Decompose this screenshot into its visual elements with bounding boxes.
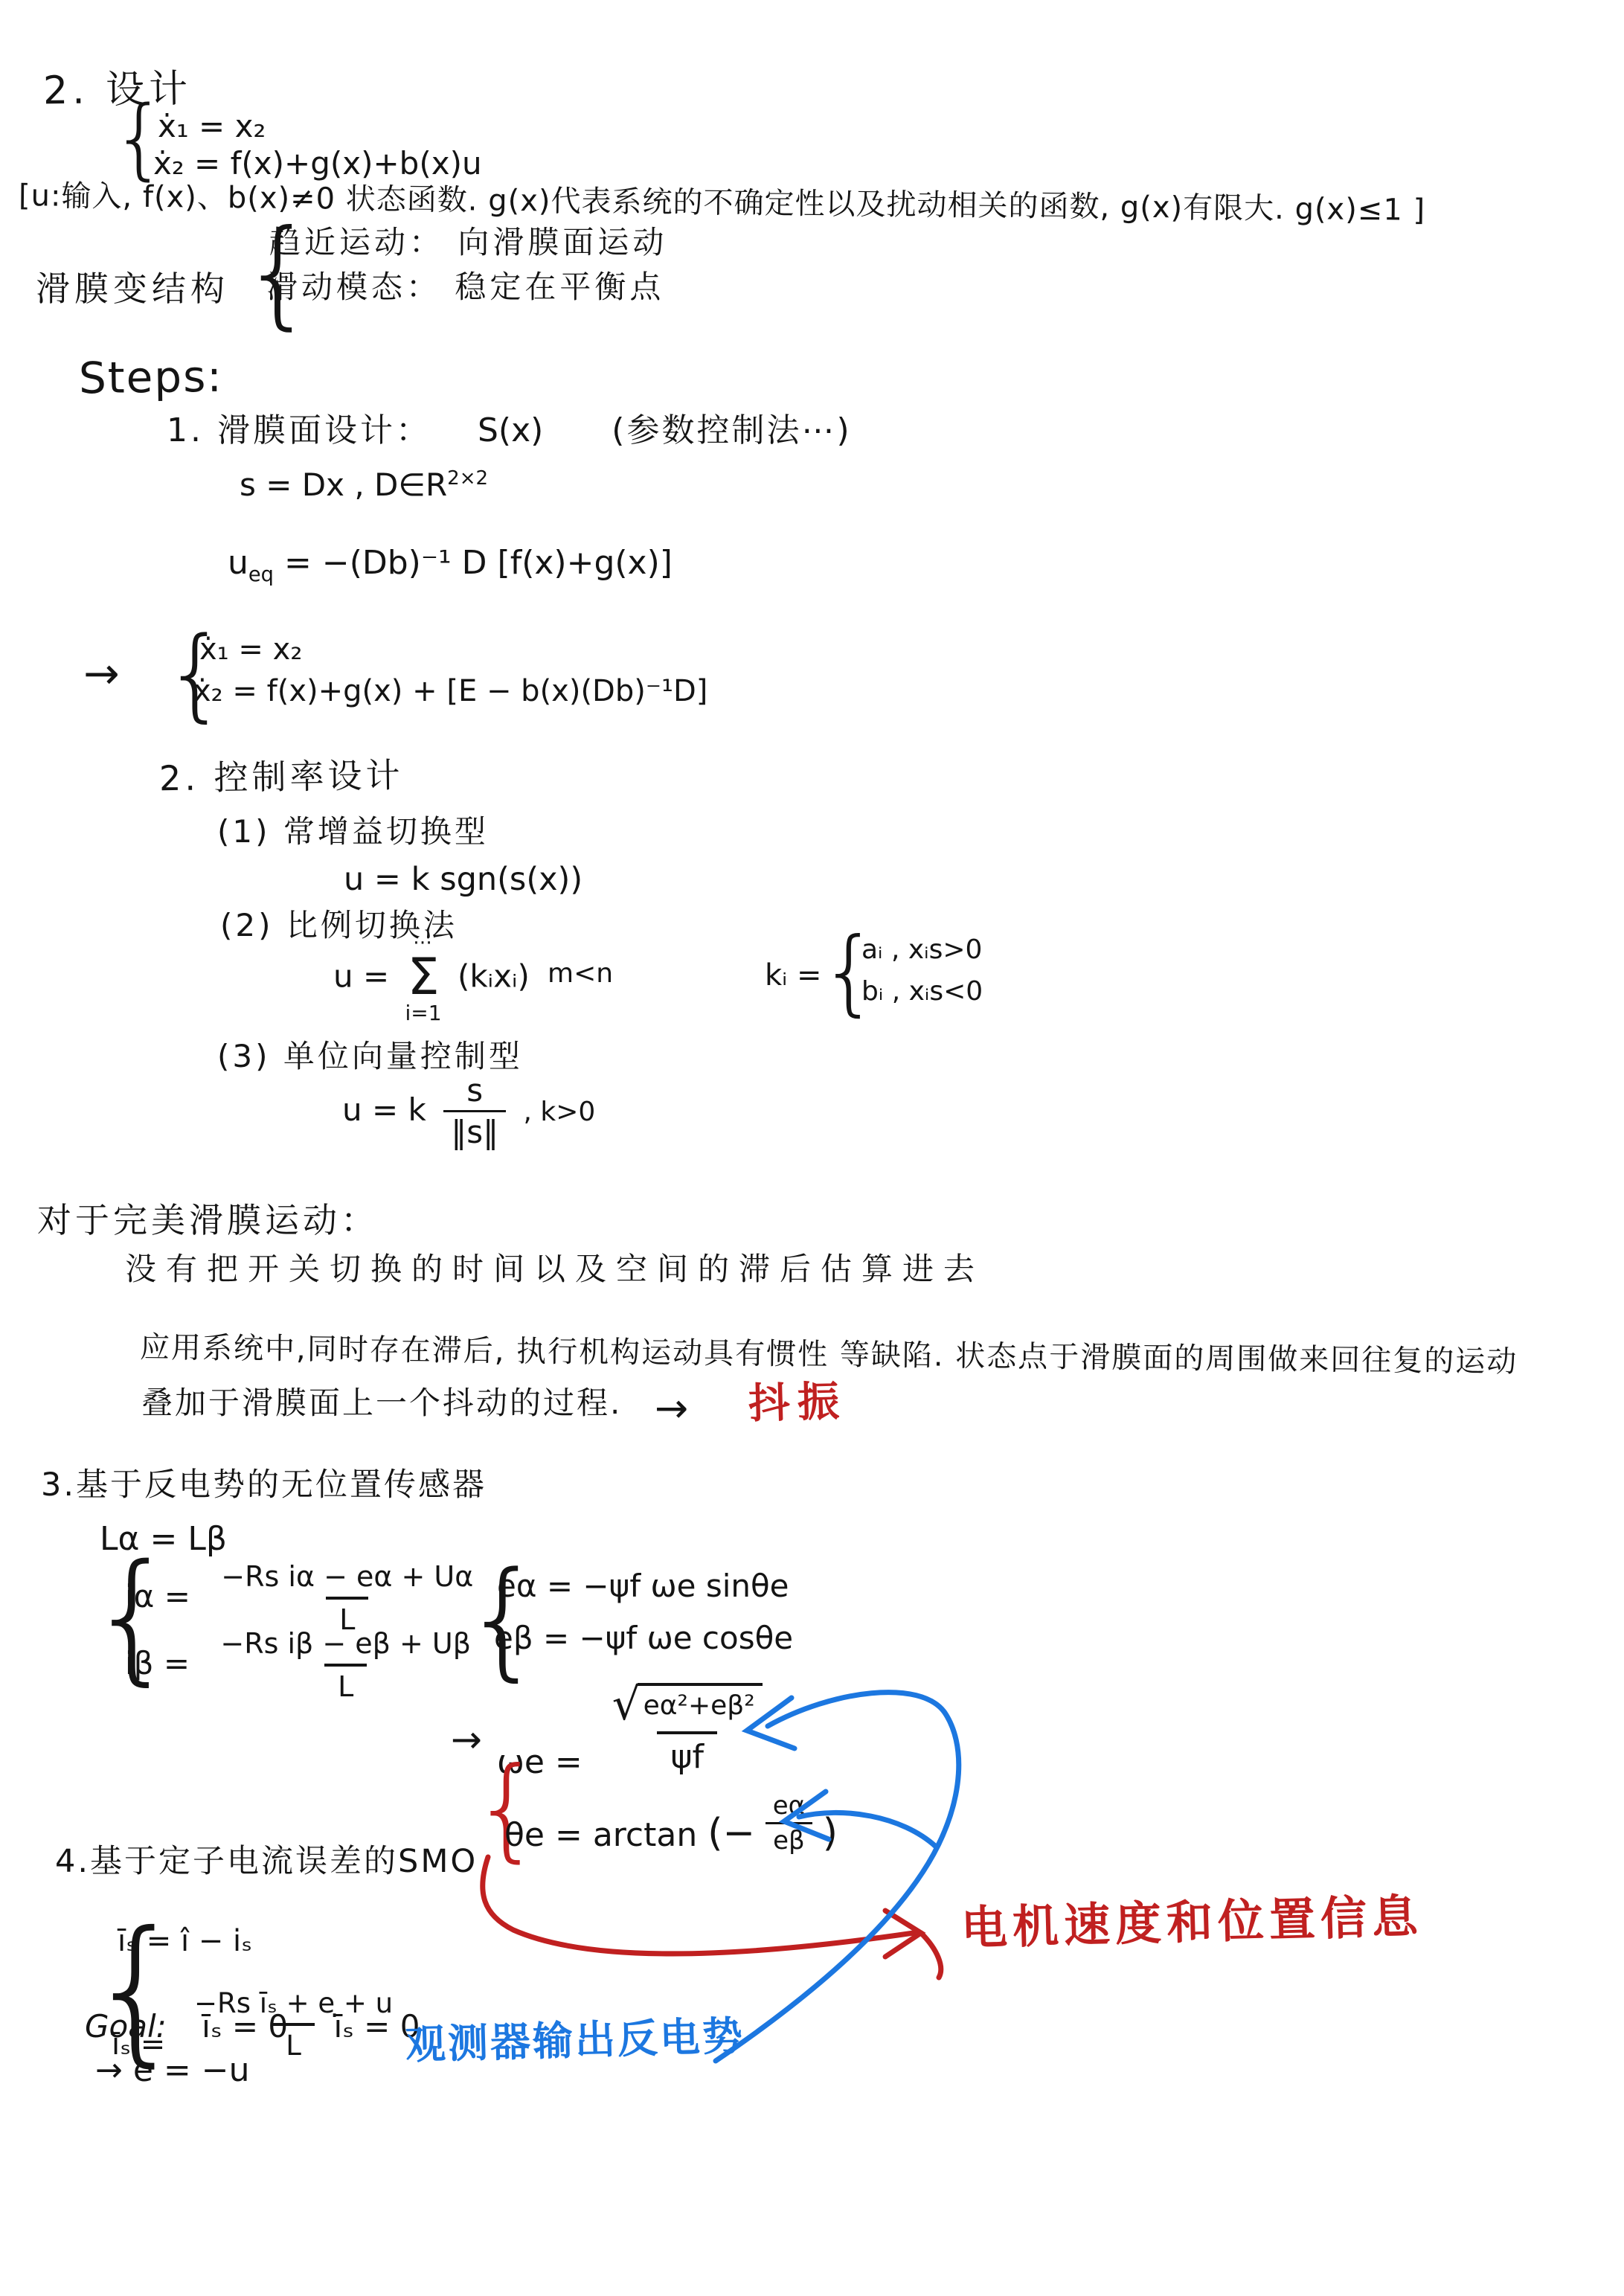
chattering-title: 对于完美滑膜运动： [37, 1201, 379, 1240]
sum-lower: i=1 [405, 1003, 442, 1024]
step2-label: 2. 控制率设计 [159, 756, 404, 798]
step1-label: 1. 滑膜面设计： [167, 411, 431, 449]
speed-num-root: √eα²+eβ² [602, 1683, 773, 1731]
angle-open-paren: (− [707, 1811, 755, 1856]
speed-num: eα²+eβ² [638, 1683, 763, 1721]
notebook-page: { "colors": {"ink":"#141414","red":"#c02… [0, 0, 1624, 2296]
design-note: [u:输入, f(x)、b(x)≠0 状态函数. g(x)代表系统的不确定性以及… [19, 179, 1426, 228]
angle-close-paren: ) [823, 1811, 838, 1856]
structure-branch-reaching: 趋近运动： 向滑膜面运动 [269, 225, 667, 260]
bemf-ib-equation: i̇β = −Rs iβ − eβ + Uβ L [125, 1628, 481, 1703]
angle-equation: θe = arctan (− eα eβ ) [504, 1792, 838, 1856]
method3-den: ‖s‖ [443, 1110, 506, 1150]
sum-sigma: Σ [408, 952, 440, 1003]
ib-fraction: −Rs iβ − eβ + Uβ L [210, 1628, 481, 1703]
angle-fraction: eα eβ [766, 1792, 812, 1856]
goal-label: Goal: [85, 2008, 167, 2045]
surface-equation-base: s = Dx , D∈R [240, 466, 447, 503]
angle-lhs: θe = arctan [504, 1816, 697, 1854]
smo-goal-line: Goal: īₛ = 0 ī̇ₛ = 0 [85, 2009, 420, 2045]
method1-label: (1) 常增益切换型 [217, 814, 489, 850]
angle-num: eα [767, 1792, 811, 1822]
structure-branch-sliding: 滑动模态： 稳定在平衡点 [266, 269, 664, 305]
ki-case2: bᵢ , xᵢs<0 [861, 976, 983, 1007]
ib-den: L [324, 1664, 367, 1704]
speed-den: ψf [657, 1731, 717, 1777]
ia-lhs: i̇α = [125, 1578, 190, 1614]
reduced-eq1: ẋ₁ = x₂ [199, 632, 302, 667]
chattering-term: 抖振 [748, 1378, 847, 1428]
red-arrow-curve [483, 1857, 941, 1978]
ia-num: −Rs iα − eα + Uα [211, 1561, 484, 1597]
chattering-line1: 没有把开关切换的时间以及空间的滞后估算进去 [125, 1251, 984, 1287]
emf-alpha-equation: eα = −ψf ωe sinθe [497, 1568, 789, 1604]
reduced-arrow: → [83, 649, 120, 699]
structure-label: 滑膜变结构 [36, 269, 229, 309]
steps-heading: Steps: [79, 352, 224, 403]
surface-equation-sup: 2×2 [447, 467, 488, 490]
method3-label: (3) 单位向量控制型 [217, 1039, 523, 1074]
ueq-equation: ueq = −(Db)⁻¹ D [f(x)+g(x)] [228, 545, 673, 586]
reduced-eq2: ẋ₂ = f(x)+g(x) + [E − b(x)(Db)⁻¹D] [193, 674, 707, 708]
method3-fraction: s ‖s‖ [443, 1073, 506, 1151]
smo-eq1: īₛ = î − iₛ [118, 1924, 252, 1958]
method2-rhs: (kᵢxᵢ) [458, 958, 530, 995]
radical-sign: √ [612, 1683, 641, 1727]
ib-num: −Rs iβ − eβ + Uβ [210, 1628, 481, 1664]
angle-den: eβ [766, 1822, 812, 1856]
step1-aside: (参数控制法⋯) [612, 411, 851, 449]
step1-line: 1. 滑膜面设计： S(x) (参数控制法⋯) [167, 412, 852, 450]
design-eq2: ẋ₂ = f(x)+g(x)+b(x)u [153, 146, 482, 182]
smo-heading: 4.基于定子电流误差的SMO [55, 1844, 478, 1880]
ueq-sub: eq [248, 563, 274, 586]
chattering-line3: 叠加于滑膜面上一个抖动的过程. [141, 1385, 622, 1421]
emf-beta-equation: eβ = −ψf ωe cosθe [494, 1620, 793, 1656]
ki-lhs: kᵢ = [765, 958, 822, 993]
chattering-line2: 应用系统中,同时存在滞后, 执行机构运动具有惯性 等缺陷. 状态点于滑膜面的周围… [140, 1330, 1518, 1379]
sum-symbol: ⋯ Σ i=1 [405, 933, 442, 1024]
ib-lhs: i̇β = [125, 1645, 190, 1681]
surface-equation: s = Dx , D∈R2×2 [240, 467, 488, 503]
ueq-rhs: = −(Db)⁻¹ D [f(x)+g(x)] [274, 544, 673, 582]
method2-lhs: u = [333, 958, 389, 995]
smo-result: → e = −u [95, 2052, 250, 2090]
design-eq1: ẋ₁ = x₂ [158, 109, 266, 144]
blue-annotation-observer-output: 观测器输出反电势 [405, 2013, 745, 2068]
bemf-heading: 3.基于反电势的无位置传感器 [41, 1467, 487, 1504]
method2-condition: m<n [548, 958, 613, 989]
bemf-ia-equation: i̇α = −Rs iα − eα + Uα L [125, 1561, 484, 1636]
speed-fraction: √eα²+eβ² ψf [602, 1683, 773, 1776]
ia-fraction: −Rs iα − eα + Uα L [211, 1561, 484, 1636]
method3-equation: u = k s ‖s‖ , k>0 [342, 1073, 595, 1151]
method2-equation: u = ⋯ Σ i=1 (kᵢxᵢ) [333, 933, 530, 1024]
ueq-base: u [228, 544, 248, 582]
method3-num: s [460, 1073, 489, 1110]
red-annotation-speed-position: 电机速度和位置信息 [960, 1890, 1424, 1955]
chattering-arrow: → [655, 1385, 688, 1431]
step1-function: S(x) [478, 411, 543, 449]
method3-condition: , k>0 [523, 1097, 595, 1127]
method1-equation: u = k sgn(s(x)) [344, 862, 582, 898]
goal-1: īₛ = 0 [202, 2008, 288, 2045]
method3-lhs: u = k [342, 1091, 426, 1128]
ki-case1: aᵢ , xᵢs>0 [861, 934, 982, 965]
